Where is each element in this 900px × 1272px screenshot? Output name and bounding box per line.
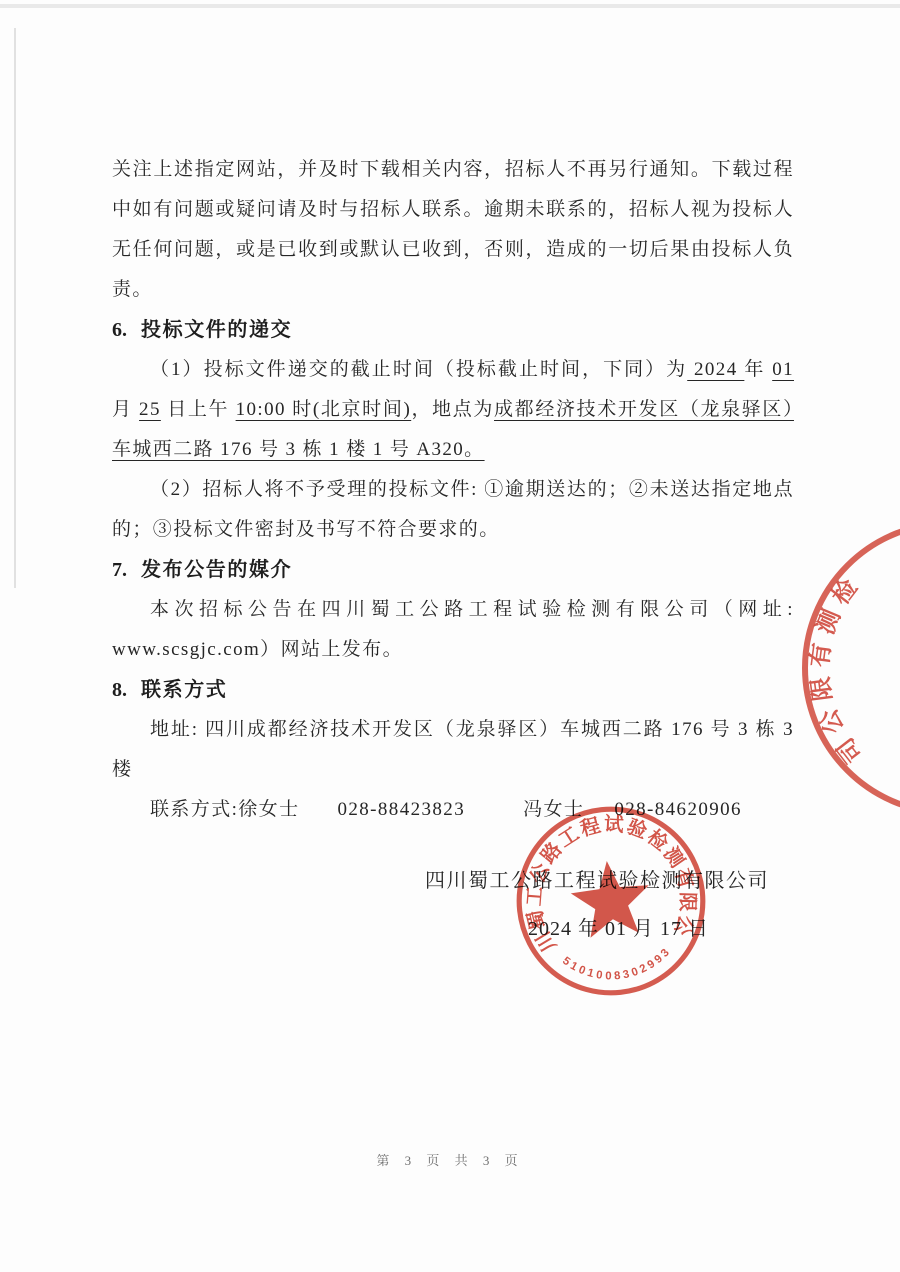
seal-star-icon	[568, 857, 654, 939]
section-6-paragraph-2: （2）招标人将不予受理的投标文件: ①逾期送达的；②未送达指定地点的；③投标文件…	[112, 470, 794, 550]
contact1-phone: 028-88423823	[337, 799, 465, 820]
p1-segment-day-underline: 25	[139, 399, 161, 420]
contact-label: 联系方式:	[150, 799, 238, 820]
scan-left-line-artifact	[14, 28, 16, 588]
page-footer: 第 3 页 共 3 页	[0, 1150, 900, 1169]
edge-seal-ring-text: 司公限有测检	[805, 568, 868, 768]
section-6-paragraph-1: （1）投标文件递交的截止时间（投标截止时间，下同）为 2024 年 01 月 2…	[112, 350, 794, 470]
scan-top-edge-artifact	[0, 4, 900, 8]
document-page: 关注上述指定网站，并及时下载相关内容，招标人不再另行通知。下载过程中如有问题或疑…	[0, 0, 900, 1272]
section-7-heading: 7.发布公告的媒介	[112, 550, 794, 590]
section-6-number: 6.	[112, 319, 127, 341]
section-6-heading: 6.投标文件的递交	[112, 310, 794, 350]
section-7-title: 发布公告的媒介	[141, 559, 292, 581]
p1-segment-plain: 月	[112, 399, 139, 420]
edge-seal-stamp: 司公限有测检	[760, 512, 900, 832]
section-7-number: 7.	[112, 559, 127, 581]
p1-segment-year-underline: 2024	[687, 359, 744, 380]
p1-segment-plain: ，地点为	[411, 399, 494, 420]
intro-paragraph: 关注上述指定网站，并及时下载相关内容，招标人不再另行通知。下载过程中如有问题或疑…	[112, 150, 794, 310]
section-8-address: 地址: 四川成都经济技术开发区（龙泉驿区）车城西二路 176 号 3 栋 3 楼	[112, 710, 794, 790]
section-6-title: 投标文件的递交	[141, 319, 292, 341]
p1-segment-plain: （1）投标文件递交的截止时间（投标截止时间，下同）为	[150, 359, 687, 380]
section-8-title: 联系方式	[141, 679, 227, 701]
svg-text:司公限有测检: 司公限有测检	[805, 568, 868, 768]
p1-segment-plain: 日上午	[161, 399, 236, 420]
company-seal-stamp: 四川蜀工公路工程试验检测有限公司 5101008302993	[503, 793, 718, 1008]
p1-segment-month-underline: 01	[772, 359, 794, 380]
document-body: 关注上述指定网站，并及时下载相关内容，招标人不再另行通知。下载过程中如有问题或疑…	[112, 150, 794, 830]
contact1-name: 徐女士	[238, 799, 299, 820]
p1-segment-plain: 年	[744, 359, 772, 380]
edge-seal-outer-ring	[805, 523, 900, 813]
section-8-heading: 8.联系方式	[112, 670, 794, 710]
p1-segment-time-underline: 10:00 时(北京时间)	[236, 399, 412, 420]
section-7-paragraph: 本次招标公告在四川蜀工公路工程试验检测有限公司（网址: www.scsgjc.c…	[112, 590, 794, 670]
section-8-number: 8.	[112, 679, 127, 701]
